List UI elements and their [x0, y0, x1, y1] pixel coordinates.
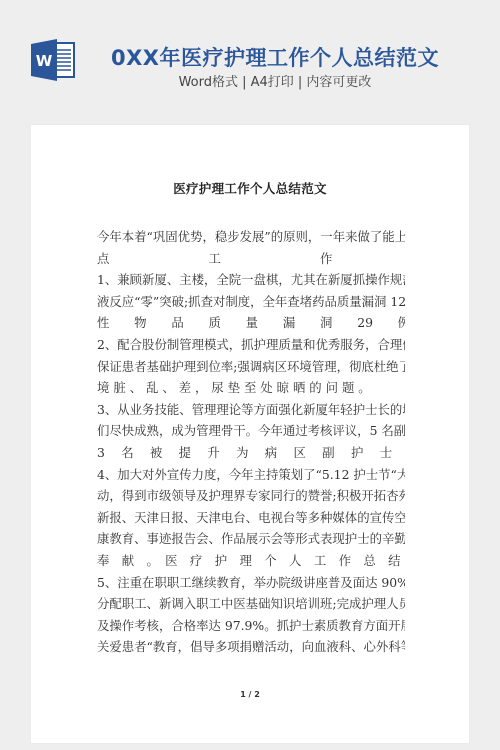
body-line: 今年本着“巩固优势，稳步发展”的原则，一年来做了能上能下下几: [97, 226, 405, 248]
body-line: 们尽快成熟，成为管理骨干。今年通过考核评议，5 名副护士长转正、: [97, 420, 405, 442]
banner-subtitle: Word格式 | A4打印 | 内容可更改: [100, 74, 450, 92]
body-line: 液反应“零”突破;抓查对制度，全年查堵药品质量漏洞 12 例、一次: [97, 291, 405, 313]
body-line: 保证患者基础护理到位率;强调病区环境管理，彻底杜绝了针灸科环: [97, 356, 405, 378]
word-doc-icon: W: [31, 39, 77, 81]
banner-title: 0XX年医疗护理工作个人总结范文: [100, 44, 450, 72]
document-body: 今年本着“巩固优势，稳步发展”的原则，一年来做了能上能下下几 点 工 作 ： 1…: [97, 226, 405, 658]
body-line: 及操作考核，合格率达 97.9%。抓护士素质教育方面开展“尊重生命、: [97, 615, 405, 637]
body-line: 点 工 作 ：: [97, 248, 405, 270]
body-line: 境 脏 、 乱 、 差 ， 尿 垫 至 处 晾 晒 的 问 题 。: [97, 377, 405, 399]
svg-text:W: W: [36, 52, 53, 70]
body-line: 奉 献 。 医 疗 护 理 个 人 工 作 总 结: [97, 550, 405, 572]
body-line: 康教育、事迹报告会、作品展示会等形式表现护士的辛勤工作和爱心: [97, 528, 405, 550]
body-line: 4、加大对外宣传力度，今年主持策划了“5.12 护士节“大型庆典活: [97, 464, 405, 486]
body-line: 新报、天津日报、天津电台、电视台等多种媒体的宣传空间，通过健: [97, 507, 405, 529]
page-number: 1 / 2: [0, 689, 500, 701]
body-line: 2、配合股份制管理模式，抓护理质量和优秀服务，合理使用护工，: [97, 334, 405, 356]
body-line: 性 物 品 质 量 漏 洞 29 例 。: [97, 312, 405, 334]
body-line: 关爱患者“教育，倡导多项捐赠活动，向血液科、心外科等患者献爱: [97, 636, 405, 658]
body-line: 分配职工、新调入职工中医基础知识培训班;完成护理人员年度理论: [97, 593, 405, 615]
body-line: 1、兼顾新厦、主楼，全院一盘棋，尤其在新厦抓操作规范，实现输: [97, 269, 405, 291]
body-line: 3、从业务技能、管理理论等方面强化新厦年轻护士长的培训，使她: [97, 399, 405, 421]
body-line: 动，得到市级领导及护理界专家同行的赞誉;积极开拓杏苑报、每日: [97, 485, 405, 507]
header-banner: W 0XX年医疗护理工作个人总结范文 Word格式 | A4打印 | 内容可更改: [0, 0, 500, 125]
body-line: 3 名 被 提 升 为 病 区 副 护 士 长 。: [97, 442, 405, 464]
body-line: 5、注重在职职工继续教育，举办院级讲座普及面达 90%以上;开办新: [97, 572, 405, 594]
document-title: 医疗护理工作个人总结范文: [0, 180, 500, 198]
